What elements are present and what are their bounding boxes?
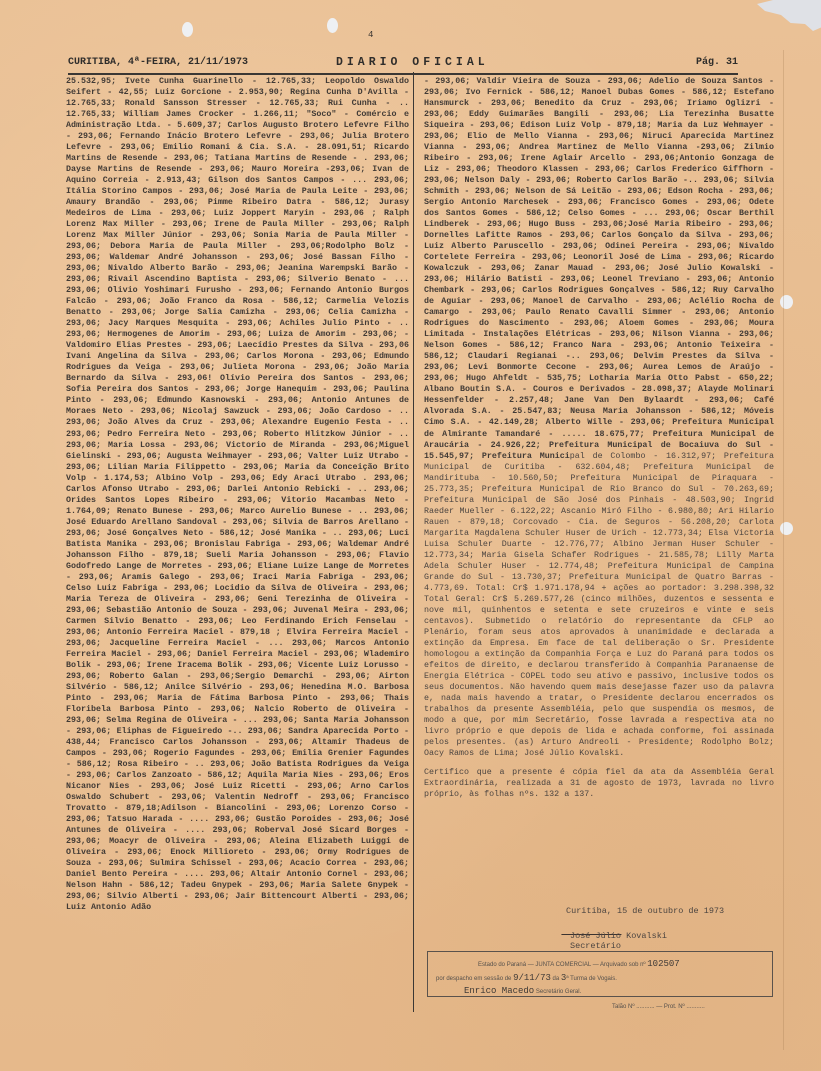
archive-number: 102507: [647, 959, 679, 969]
session-date: 9/11/73: [513, 973, 551, 983]
right-column-minutes: pal de Colombo - 16.312,97; Prefeitura M…: [424, 451, 774, 758]
stamp-label: por despacho em sessão de: [436, 976, 511, 982]
stamp-label: Estado do Paraná — JUNTA COMERCIAL — Arq…: [478, 962, 646, 968]
certification-paragraph: Certifico que a presente é cópia fiel da…: [424, 767, 774, 800]
masthead: CURITIBA, 4ª-FEIRA, 21/11/1973 DIARIO OF…: [68, 57, 738, 75]
page-marker: 4: [368, 30, 373, 40]
column-divider: [413, 72, 414, 1012]
stamp-label: Secretário Geral.: [536, 989, 581, 995]
left-column-text: 25.532,95; Ivete Cunha Guarinello - 12.7…: [66, 76, 409, 913]
punch-hole: [327, 18, 338, 33]
issue-date: CURITIBA, 4ª-FEIRA, 21/11/1973: [68, 57, 248, 68]
page-label: Pág. 31: [696, 57, 738, 68]
right-column-shareholders: - 293,06; Valdir Vieira de Souza - 293,0…: [424, 76, 774, 461]
punch-hole: [780, 522, 793, 535]
punch-hole: [182, 22, 193, 37]
stamp-label: da: [553, 976, 560, 982]
right-column: - 293,06; Valdir Vieira de Souza - 293,0…: [424, 76, 774, 800]
stamp-line-1: Estado do Paraná — JUNTA COMERCIAL — Arq…: [478, 959, 680, 969]
publication-title: DIARIO OFICIAL: [336, 56, 489, 69]
stamp-line-3: Enrico Macedo Secretário Geral.: [464, 986, 581, 996]
stamp-label: ª Turma de Vogais.: [566, 976, 617, 982]
registry-stamp: Estado do Paraná — JUNTA COMERCIAL — Arq…: [427, 951, 773, 997]
signatory-role: Secretário: [570, 941, 621, 951]
talao-protocol-line: Talão Nº ........... — Prot. Nº ........…: [612, 1004, 705, 1010]
secretary-name: Enrico Macedo: [464, 986, 534, 996]
punch-hole: [780, 295, 793, 309]
stamp-line-2: por despacho em sessão de 9/11/73 da 3ª …: [436, 973, 617, 983]
fold-line: [783, 50, 784, 1050]
signatory-name: José Júlio Kovalski: [570, 931, 667, 941]
